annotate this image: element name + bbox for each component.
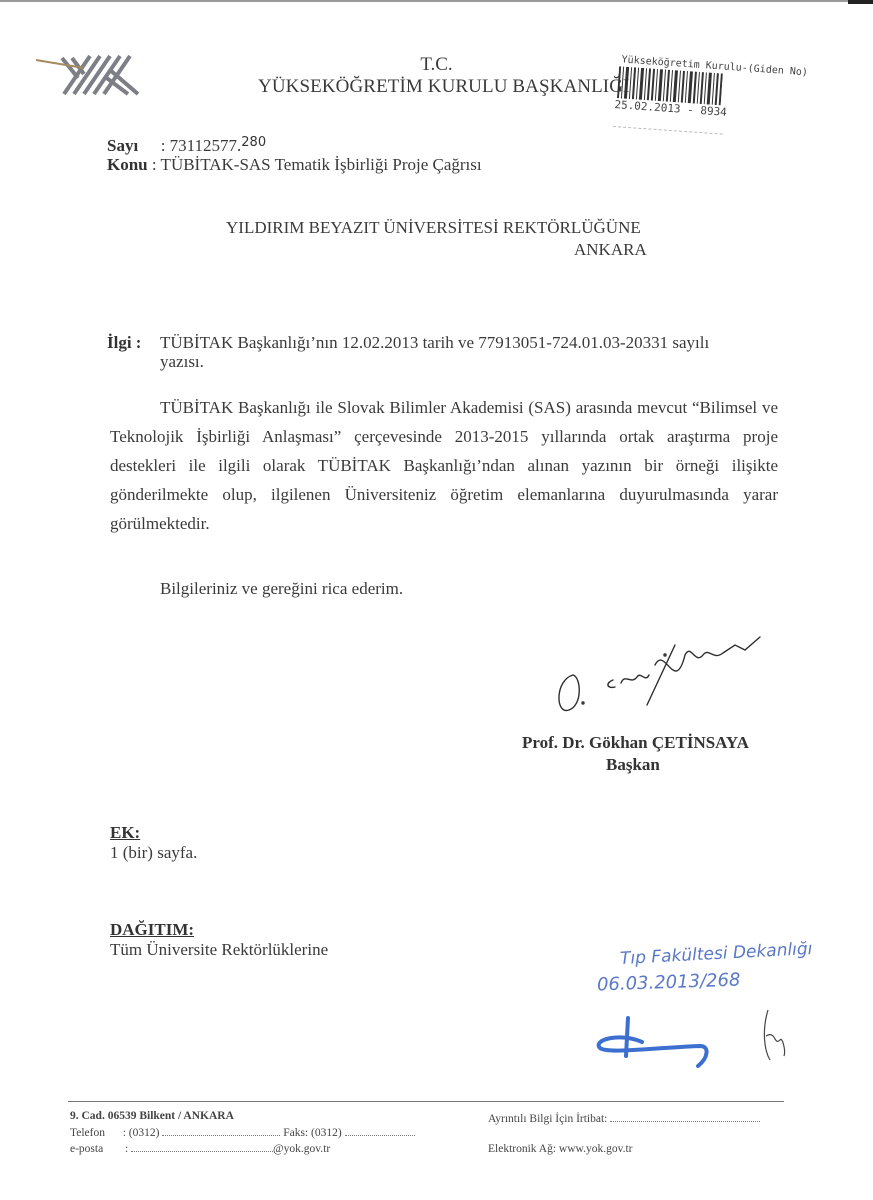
- phone-label: Telefon: [70, 1127, 105, 1139]
- phone-dotted-blank: [162, 1126, 280, 1136]
- recipient-line1: YILDIRIM BEYAZIT ÜNİVERSİTESİ REKTÖRLÜĞÜ…: [226, 218, 641, 238]
- sayi-handwritten: 280: [241, 135, 266, 150]
- signatory-title: Başkan: [606, 755, 660, 775]
- footer-phone-row: Telefon : (0312) Faks: (0312): [70, 1126, 415, 1139]
- sayi-value: : 73112577.: [161, 136, 242, 155]
- contact-label: Ayrıntılı Bilgi İçin İrtibat:: [488, 1113, 607, 1125]
- scan-top-edge: [0, 0, 873, 2]
- pen-mark-icon: [590, 1000, 830, 1070]
- konu-label: Konu: [107, 155, 148, 174]
- attachments-label: EK:: [110, 823, 140, 843]
- email-dotted-blank: [131, 1142, 273, 1152]
- konu-value: : TÜBİTAK-SAS Tematik İşbirliği Proje Ça…: [152, 155, 482, 174]
- phone-value: : (0312): [123, 1127, 160, 1139]
- ilgi-label: İlgi :: [107, 333, 141, 353]
- closing-text: Bilgileriniz ve gereğini rica ederim.: [160, 579, 403, 599]
- fax-label: Faks: (0312): [283, 1127, 341, 1139]
- body-text: TÜBİTAK Başkanlığı ile Slovak Bilimler A…: [110, 393, 778, 538]
- sayi-row: Sayı : 73112577.280: [107, 136, 266, 156]
- fax-dotted-blank: [345, 1126, 415, 1136]
- ilgi-line2: yazısı.: [160, 352, 204, 372]
- footer-address: 9. Cad. 06539 Bilkent / ANKARA: [70, 1110, 234, 1122]
- signatory-name: Prof. Dr. Gökhan ÇETİNSAYA: [522, 733, 749, 753]
- footer-email-row: e-posta : @yok.gov.tr: [70, 1142, 330, 1155]
- ilgi-line1: TÜBİTAK Başkanlığı’nın 12.02.2013 tarih …: [160, 333, 709, 353]
- recipient-line2: ANKARA: [574, 240, 647, 260]
- email-domain: @yok.gov.tr: [273, 1143, 330, 1155]
- footer-web: Elektronik Ağ: www.yok.gov.tr: [488, 1143, 632, 1155]
- distribution-value: Tüm Üniversite Rektörlüklerine: [110, 940, 328, 960]
- scan-corner-mark: [848, 0, 873, 4]
- handwritten-annotation-line2: 06.03.2013/268: [597, 970, 741, 996]
- distribution-label: DAĞITIM:: [110, 920, 194, 940]
- konu-row: Konu : TÜBİTAK-SAS Tematik İşbirliği Pro…: [107, 155, 482, 175]
- signature-icon: [545, 625, 785, 720]
- organization-name: YÜKSEKÖĞRETİM KURULU BAŞKANLIĞI: [258, 76, 629, 98]
- body-paragraph: TÜBİTAK Başkanlığı ile Slovak Bilimler A…: [110, 393, 778, 538]
- attachments-value: 1 (bir) sayfa.: [110, 843, 197, 863]
- barcode-divider: [613, 126, 723, 135]
- barcode-sticker: Yükseköğretim Kurulu-(Giden No) 25.02.20…: [610, 54, 816, 158]
- email-label: e-posta: [70, 1143, 103, 1155]
- handwritten-annotation-line1: Tıp Fakültesi Dekanlığı: [620, 939, 813, 969]
- footer-divider: [68, 1101, 784, 1102]
- contact-dotted-blank: [610, 1112, 760, 1122]
- sayi-label: Sayı: [107, 136, 138, 155]
- footer-contact-row: Ayrıntılı Bilgi İçin İrtibat:: [488, 1112, 760, 1125]
- email-prefix: :: [125, 1143, 128, 1155]
